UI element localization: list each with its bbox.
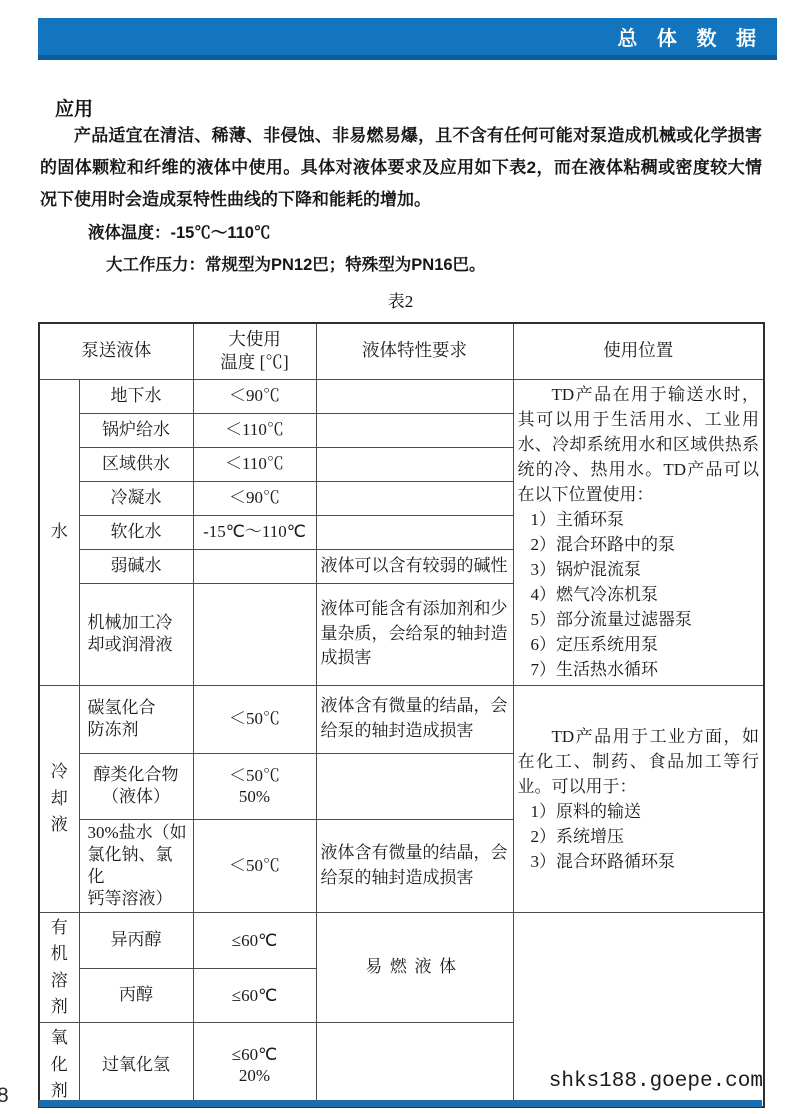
section-banner: 总 体 数 据 [38,18,777,60]
table-row: 有机溶剂 异丙醇 ≤60℃ 易燃液体 [39,912,764,968]
location-item: 2）系统增压 [518,824,760,849]
table-header-row: 泵送液体 大使用 温度 [℃] 液体特性要求 使用位置 [39,323,764,379]
header-liquid-requirement: 液体特性要求 [316,323,513,379]
liquid-name-cell: 区域供水 [79,447,193,481]
max-temp-cell: ≤60℃ [193,912,316,968]
location-item: 3）混合环路循环泵 [518,849,760,874]
requirement-cell [316,413,513,447]
header-pumped-liquid: 泵送液体 [39,323,193,379]
catalog-page: 总 体 数 据 应用 产品适宜在清洁、稀薄、非侵蚀、非易燃易爆，且不含有任何可能… [0,0,800,1114]
footer-bar [39,1100,762,1107]
requirement-cell: 液体可以含有较弱的碱性 [316,549,513,583]
liquid-name-cell: 丙醇 [79,968,193,1023]
liquid-name-cell: 弱碱水 [79,549,193,583]
location-item: 1）主循环泵 [518,507,760,532]
table-caption: 表2 [38,287,763,312]
website-url: shks188.goepe.com [549,1070,763,1093]
max-temp-cell [193,549,316,583]
liquid-name-cell: 地下水 [79,379,193,413]
liquid-name-cell: 过氧化氢 [79,1023,193,1108]
requirement-cell [316,753,513,819]
location-item: 1）原料的输送 [518,799,760,824]
requirement-cell: 液体含有微量的结晶，会给泵的轴封造成损害 [316,685,513,753]
table-row: 水 地下水 ＜90℃ TD产品在用于输送水时，其可以用于生活用水、工业用水、冷却… [39,379,764,413]
liquid-temperature-line: 液体温度：-15℃～110℃ [88,219,270,243]
max-temp-cell: ＜50℃ [193,819,316,912]
application-heading: 应用 [55,94,93,121]
liquid-name-cell: 机械加工冷 却或润滑液 [79,583,193,685]
requirement-cell-flammable: 易燃液体 [316,912,513,1022]
max-temp-cell: -15℃～110℃ [193,515,316,549]
requirement-cell [316,379,513,413]
liquid-name-cell: 锅炉给水 [79,413,193,447]
banner-title: 总 体 数 据 [617,22,763,51]
liquid-name-cell: 碳氢化合 防冻剂 [79,685,193,753]
category-cell-coolant: 冷却液 [39,685,79,912]
location-intro: TD产品在用于输送水时，其可以用于生活用水、工业用水、冷却系统用水和区域供热系统… [518,382,760,507]
working-pressure-line: 大工作压力：常规型为PN12巴；特殊型为PN16巴。 [106,251,486,275]
usage-location-cell-water: TD产品在用于输送水时，其可以用于生活用水、工业用水、冷却系统用水和区域供热系统… [513,379,764,685]
header-usage-location: 使用位置 [513,323,764,379]
requirement-cell [316,447,513,481]
max-temp-cell [193,583,316,685]
max-temp-cell: ＜110℃ [193,413,316,447]
usage-location-cell-coolant: TD产品用于工业方面，如在化工、制药、食品加工等行业。可以用于： 1）原料的输送… [513,685,764,912]
requirement-cell [316,481,513,515]
requirement-cell [316,515,513,549]
requirement-cell [316,1023,513,1108]
location-item: 2）混合环路中的泵 [518,532,760,557]
location-item: 6）定压系统用泵 [518,632,760,657]
max-temp-cell: ＜90℃ [193,379,316,413]
max-temp-cell: ＜50℃ 50% [193,753,316,819]
max-temp-cell: ＜90℃ [193,481,316,515]
liquid-name-cell: 软化水 [79,515,193,549]
liquid-name-cell: 异丙醇 [79,912,193,968]
table-row: 冷却液 碳氢化合 防冻剂 ＜50℃ 液体含有微量的结晶，会给泵的轴封造成损害 T… [39,685,764,753]
max-temp-cell: ＜110℃ [193,447,316,481]
max-temp-cell: ≤60℃ [193,968,316,1023]
location-intro: TD产品用于工业方面，如在化工、制药、食品加工等行业。可以用于： [518,724,760,799]
page-number: 8 [0,1084,9,1108]
max-temp-cell: ＜50℃ [193,685,316,753]
requirement-cell: 液体可能含有添加剂和少量杂质，会给泵的轴封造成损害 [316,583,513,685]
header-max-temp: 大使用 温度 [℃] [193,323,316,379]
liquid-spec-table: 泵送液体 大使用 温度 [℃] 液体特性要求 使用位置 水 地下水 ＜90℃ T… [38,322,765,1108]
category-cell-oxidizer: 氧化剂 [39,1023,79,1108]
liquid-name-cell: 醇类化合物 （液体） [79,753,193,819]
category-cell-water: 水 [39,379,79,685]
application-paragraph: 产品适宜在清洁、稀薄、非侵蚀、非易燃易爆，且不含有任何可能对泵造成机械或化学损害… [40,120,762,216]
location-item: 3）锅炉混流泵 [518,557,760,582]
location-item: 5）部分流量过滤器泵 [518,607,760,632]
location-item: 7）生活热水循环 [518,657,760,682]
max-temp-cell: ≤60℃ 20% [193,1023,316,1108]
liquid-name-cell: 30%盐水（如 氯化钠、氯化 钙等溶液） [79,819,193,912]
category-cell-organic-solvent: 有机溶剂 [39,912,79,1022]
requirement-cell: 液体含有微量的结晶，会给泵的轴封造成损害 [316,819,513,912]
liquid-name-cell: 冷凝水 [79,481,193,515]
location-item: 4）燃气冷冻机泵 [518,582,760,607]
